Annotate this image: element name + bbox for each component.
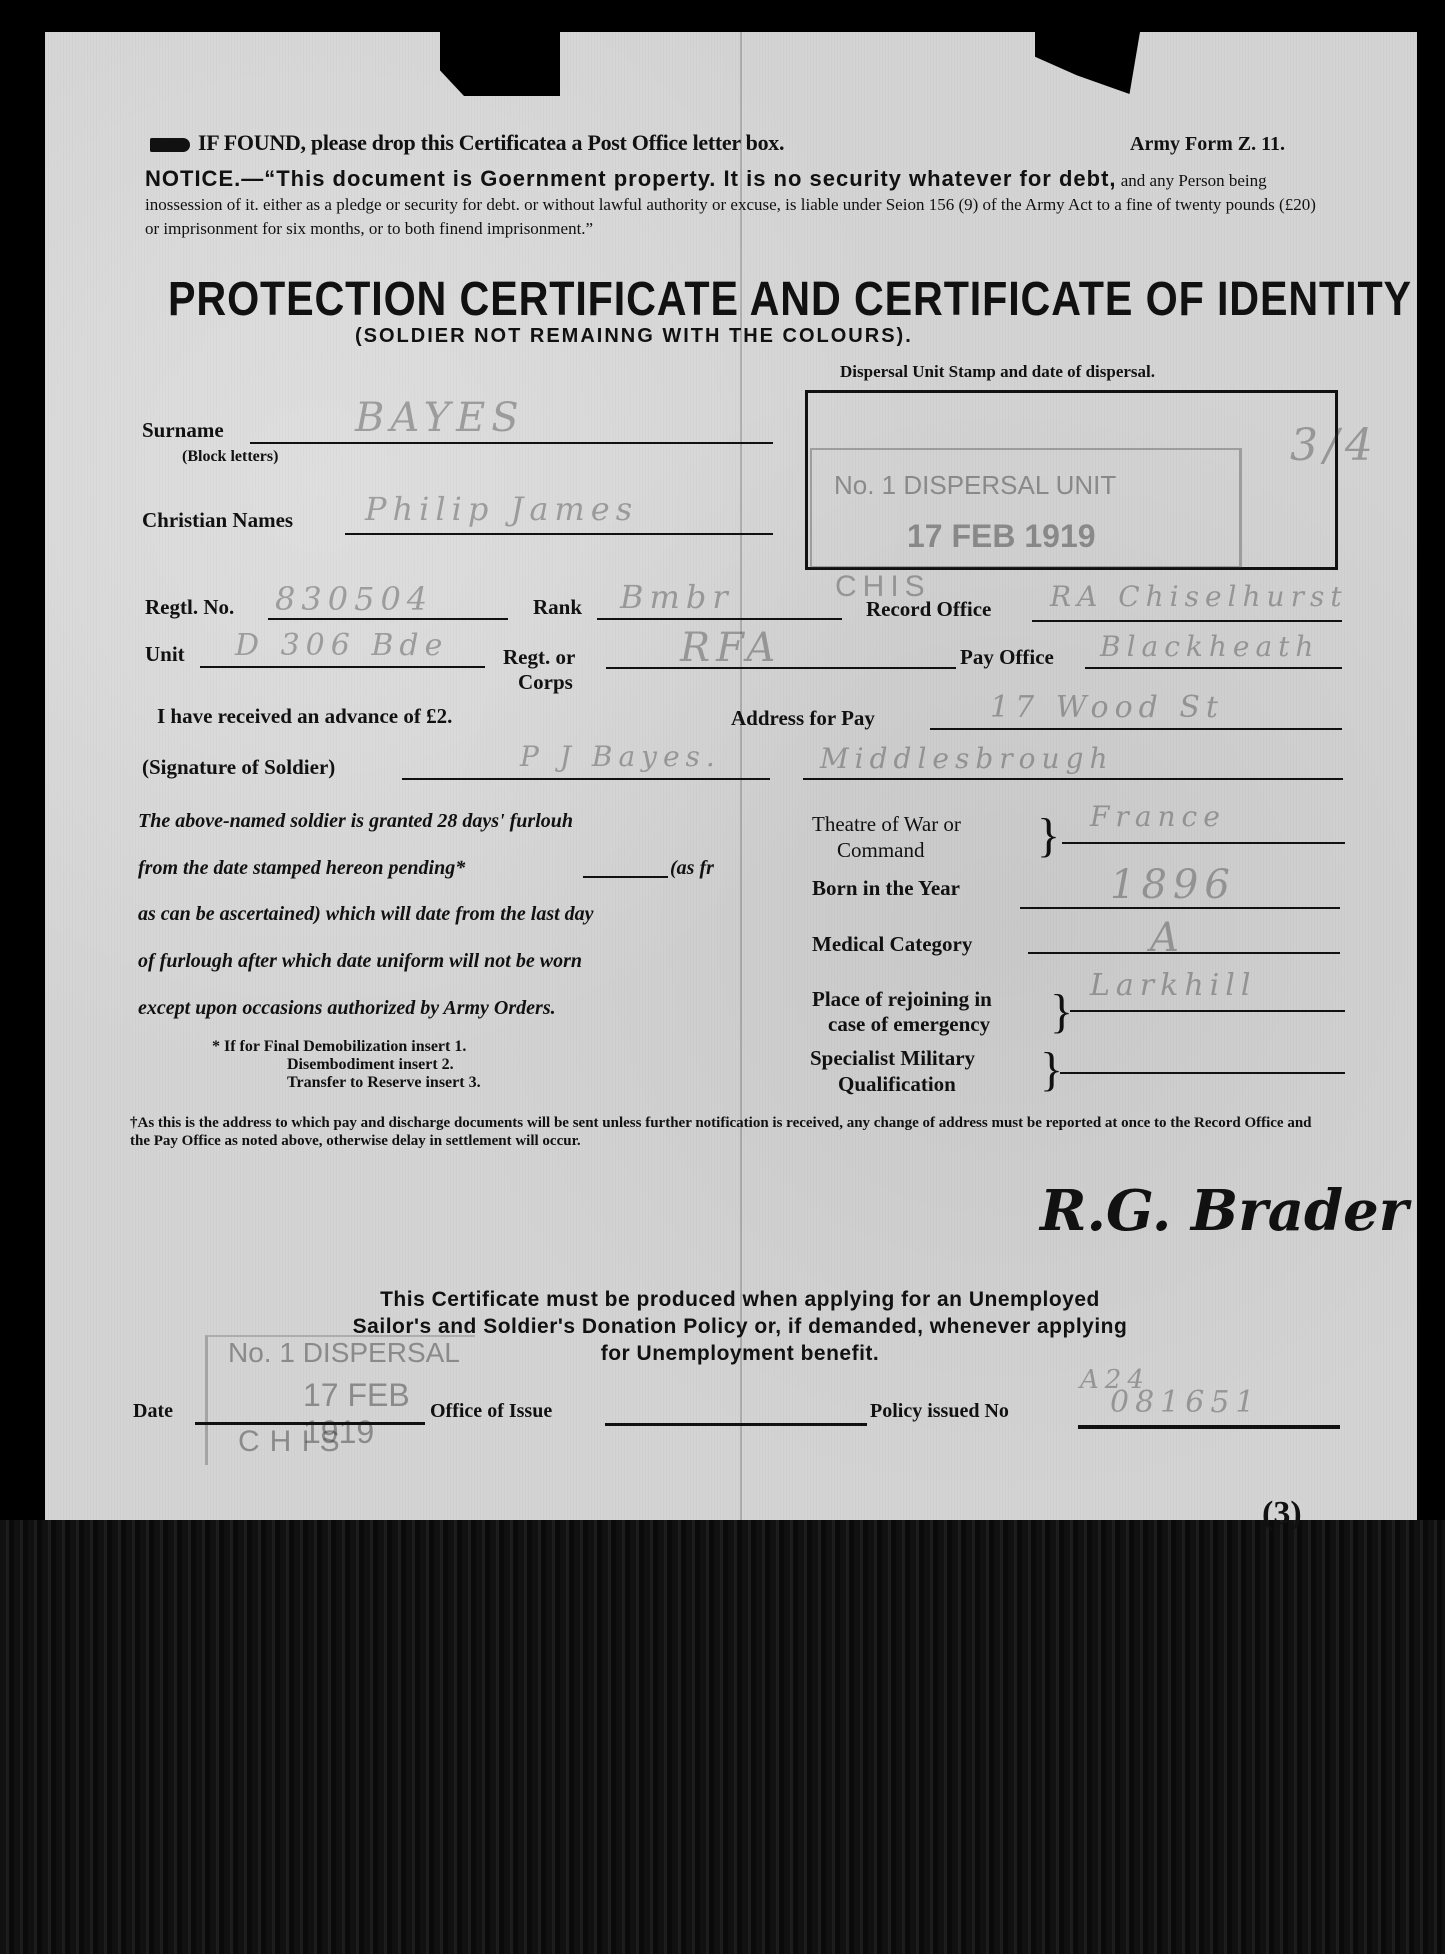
theatre-label: Theatre of War or [812, 812, 961, 837]
policy-issued-label: Policy issued No [870, 1400, 1009, 1423]
pointing-hand-icon [150, 138, 190, 152]
pending-line [583, 876, 668, 878]
address-field-2[interactable]: Middlesbrough [820, 742, 1114, 775]
government-property-notice: NOTICE.—“This document is Goernment prop… [145, 167, 1325, 241]
theatre-field[interactable]: France [1090, 800, 1226, 833]
record-office-line [1032, 620, 1342, 622]
donation-policy-notice: This Certificate must be produced when a… [140, 1286, 1340, 1367]
footnote-transfer: Transfer to Reserve insert 3. [287, 1074, 481, 1092]
regt-corps-field[interactable]: RFA [680, 625, 781, 671]
page-number-mark: (3) [1262, 1495, 1302, 1533]
signature-label: (Signature of Soldier) [142, 755, 335, 780]
footnote-disembodiment: Disembodiment insert 2. [287, 1056, 454, 1074]
unit-label: Unit [145, 642, 185, 667]
brace-icon: } [1040, 1046, 1063, 1094]
dispersal-stamp-label: Dispersal Unit Stamp and date of dispers… [840, 362, 1155, 382]
advance-statement: I have received an advance of £2. [157, 704, 452, 729]
rank-field[interactable]: Bmbr [620, 578, 734, 616]
form-number: Army Form Z. 11. [1130, 133, 1285, 156]
regt-corps-label: Regt. or [503, 645, 575, 670]
document-title: PROTECTION CERTIFICATE AND CERTIFICATE O… [168, 272, 1148, 327]
surname-sublabel: (Block letters) [182, 448, 278, 466]
address-field-1[interactable]: 17 Wood St [990, 690, 1224, 725]
surname-label: Surname [142, 418, 224, 443]
pay-office-label: Pay Office [960, 645, 1054, 670]
christian-names-label: Christian Names [142, 508, 293, 533]
date-line [195, 1422, 425, 1425]
office-of-issue-label: Office of Issue [430, 1400, 552, 1423]
issuing-officer-signature: R.G. Brader [1040, 1178, 1408, 1244]
rejoining-label: Place of rejoining in [812, 987, 992, 1012]
furlough-text: as can be ascertained) which will date f… [138, 903, 594, 926]
regt-corps-label-2: Corps [518, 670, 573, 695]
born-year-field[interactable]: 1896 [1110, 862, 1236, 908]
address-for-pay-label: Address for Pay [731, 706, 875, 731]
document-subtitle: (SOLDIER NOT REMAINNG WITH THE COLOURS). [355, 325, 913, 348]
pay-office-line [1085, 667, 1342, 669]
born-year-label: Born in the Year [812, 876, 960, 901]
regtl-no-line [268, 618, 508, 620]
specialist-label: Specialist Military [810, 1046, 975, 1071]
signature-line [402, 778, 770, 780]
policy-number-field[interactable]: 081651 [1110, 1385, 1261, 1420]
regtl-no-label: Regtl. No. [145, 595, 234, 620]
furlough-text: The above-named soldier is granted 28 da… [138, 810, 573, 833]
rank-line [597, 618, 842, 620]
office-of-issue-line [605, 1423, 867, 1426]
date-label: Date [133, 1400, 173, 1423]
margin-note: 3/4 [1290, 420, 1379, 471]
theatre-label-2: Command [837, 838, 925, 863]
address-footnote: †As this is the address to which pay and… [130, 1114, 1330, 1150]
theatre-line [1062, 842, 1345, 844]
pay-office-field[interactable]: Blackheath [1100, 630, 1319, 663]
footnote-demobilization: * If for Final Demobilization insert 1. [212, 1038, 466, 1056]
unit-line [200, 666, 485, 668]
rejoining-field[interactable]: Larkhill [1090, 968, 1256, 1003]
furlough-text: of furlough after which date uniform wil… [138, 950, 582, 973]
brace-icon: } [1050, 988, 1073, 1036]
address-line-2 [803, 778, 1343, 780]
surname-line [250, 442, 773, 444]
surname-field[interactable]: BAYES [355, 395, 525, 441]
christian-names-field[interactable]: Philip James [365, 490, 638, 528]
address-line-1 [930, 728, 1342, 730]
specialist-line [1060, 1072, 1345, 1074]
dispersal-stamp: No. 1 DISPERSAL UNIT 17 FEB 1919 [810, 448, 1242, 568]
christian-names-line [345, 533, 773, 535]
medical-category-label: Medical Category [812, 932, 972, 957]
record-office-label: Record Office [866, 597, 991, 622]
furlough-text: except upon occasions authorized by Army… [138, 997, 556, 1020]
policy-number-line [1078, 1425, 1340, 1429]
regtl-no-field[interactable]: 830504 [275, 580, 433, 618]
rejoining-line [1070, 1010, 1345, 1012]
medical-category-field[interactable]: A [1150, 915, 1185, 961]
brace-icon: } [1037, 812, 1060, 860]
if-found-notice: IF FOUND, please drop this Certificatea … [150, 130, 784, 156]
rank-label: Rank [533, 595, 582, 620]
signature-field[interactable]: P J Bayes. [520, 740, 721, 773]
record-office-field[interactable]: RA Chiselhurst [1050, 580, 1348, 613]
furlough-text: (as fr [670, 857, 714, 880]
rejoining-label-2: case of emergency [828, 1012, 990, 1037]
specialist-label-2: Qualification [838, 1072, 956, 1097]
torn-edge [440, 32, 560, 96]
scan-background [0, 1520, 1445, 1954]
furlough-text: from the date stamped hereon pending* [138, 857, 465, 880]
unit-field[interactable]: D 306 Bde [235, 628, 448, 663]
